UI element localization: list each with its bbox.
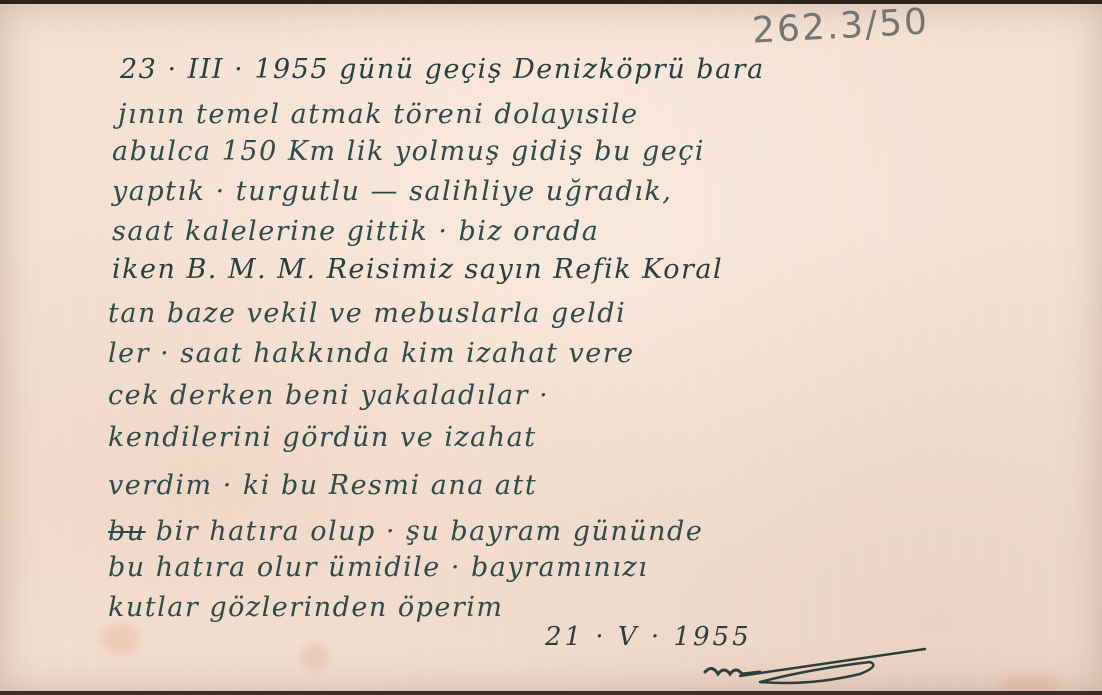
paper-stain bbox=[300, 644, 330, 669]
letter-line-4: yaptık · turgutlu — salihliye uğradık, bbox=[112, 176, 672, 207]
letter-line-8: ler · saat hakkında kim izahat vere bbox=[108, 338, 635, 369]
letter-line-7: tan baze vekil ve mebuslarla geldi bbox=[108, 298, 626, 329]
letter-line-10: kendilerini gördün ve izahat bbox=[108, 422, 537, 453]
struck-word: bu bbox=[108, 516, 146, 547]
signature bbox=[700, 644, 930, 689]
letter-line-1: 23 · III · 1955 günü geçiş Denizköprü ba… bbox=[120, 54, 765, 85]
letter-line-9: cek derken beni yakaladılar · bbox=[108, 380, 549, 411]
letter-line-14: kutlar gözlerinden öperim bbox=[108, 592, 504, 623]
paper-stain bbox=[1000, 674, 1060, 694]
letter-line-2: jının temel atmak töreni dolayısile bbox=[118, 99, 639, 130]
letter-line-11: verdim · ki bu Resmi ana att bbox=[108, 470, 537, 501]
paper-stain bbox=[100, 624, 140, 654]
letter-line-6: iken B. M. M. Reisimiz sayın Refik Koral bbox=[112, 254, 723, 285]
postcard: 262.3/50 23 · III · 1955 günü geçiş Deni… bbox=[0, 0, 1102, 695]
archive-number: 262.3/50 bbox=[751, 1, 930, 51]
letter-line-12: bu bir hatıra olup · şu bayram gününde bbox=[108, 516, 703, 547]
letter-line-13: bu hatıra olur ümidile · bayramınızı bbox=[108, 552, 648, 583]
letter-line-5: saat kalelerine gittik · biz orada bbox=[112, 216, 599, 247]
letter-line-12-text: bir hatıra olup · şu bayram gününde bbox=[156, 516, 704, 547]
letter-line-3: abulca 150 Km lik yolmuş gidiş bu geçi bbox=[112, 136, 705, 167]
